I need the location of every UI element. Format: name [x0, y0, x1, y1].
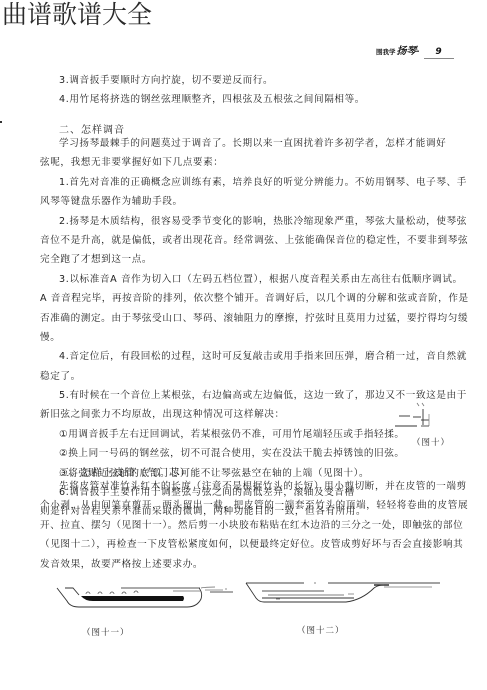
- paragraph-line: 5.有时候在一个音位上某根弦，右边偏高或左边偏低，这边一致了，那边又不一致这是由…: [40, 386, 454, 405]
- paragraph-line: 风琴等键盘乐器作为辅助手段。: [40, 192, 454, 211]
- margin-mark: [0, 121, 2, 123]
- series-name: 围我学: [376, 48, 396, 56]
- paragraph-line: 1.首先对音准的正确概念应训练有素，培养良好的听觉分辨能力。不妨用钢琴、电子琴、…: [40, 173, 454, 192]
- paragraph-line: 完全跑了才想到这一点。: [40, 250, 454, 269]
- paragraph-line: 学习扬琴最棘手的问题莫过于调音了。长期以来一直困扰着许多初学者，怎样才能调好: [40, 134, 454, 153]
- paragraph-line: 3.以标准音A 音作为切入口（左码五档位置），根据八度音程关系由左高往右低顺序调…: [40, 270, 454, 289]
- running-head: 围我学扬琴·9: [376, 42, 454, 59]
- intro-item: 3.调音扳手要顺时方向拧旋，切不要逆反而行。: [40, 71, 454, 90]
- book-title: 扬琴: [397, 46, 417, 57]
- paragraph-line: 新旧弦之间张力不均原故，出现这种情况可这样解决：: [40, 405, 454, 424]
- section-tube-body: 先将皮管对准竹头红木的长度（注意不是根据竹头的长短）用小剪切断，并在皮管的一端剪…: [40, 477, 454, 574]
- paragraph-line: 否准确的测定。由于琴弦受山口、琴码、滚轴阻力的摩擦，拧弦时且莫用力过猛，要拧得均…: [40, 309, 454, 328]
- figure-12-caption: （图十二）: [297, 624, 345, 636]
- figure-10-diagram: [395, 400, 445, 435]
- paragraph-line: 开、拉直、摆匀（见图十一）。然后剪一小块胶布粘贴在红木边沿的三分之一处，即触弦的…: [40, 516, 454, 535]
- figure-12-diagram: [244, 580, 442, 610]
- figure-11-caption: （图十一）: [82, 626, 130, 638]
- paragraph-line: （见图十二），再检查一下皮管松紧度如何，以便最终定好位。皮管成剪好坏与否会直接影…: [40, 535, 454, 554]
- paragraph-line: 个小剥，从中间笔直剪开，两头留出一截，把皮管的一端套至竹头的顶端，轻轻将卷曲的皮…: [40, 496, 454, 515]
- intro-items: 3.调音扳手要顺时方向拧旋，切不要逆反而行。 4.用竹尾将挤选的钢丝弦理顺整齐，…: [40, 71, 454, 110]
- site-title: 曲谱歌谱大全: [2, 0, 152, 30]
- paragraph-line: 2.扬琴是木质结构，很容易受季节变化的影响，热胀冷缩现象严重，琴弦大量松动，使琴…: [40, 212, 454, 231]
- figure-10-caption: （图十）: [412, 436, 450, 448]
- paragraph-line: 先将皮管对准竹头红木的长度（注意不是根据竹头的长短）用小剪切断，并在皮管的一端剪: [40, 477, 454, 496]
- figure-11-diagram: [55, 585, 235, 615]
- paragraph-line: 发音效果，故要严格按上述要求办。: [40, 555, 454, 574]
- solution-line: ①用调音扳手左右迂回调试，若某根弦仍不准，可用竹尾端轻压或手指轻揉。: [40, 425, 454, 444]
- paragraph-line: 稳定了。: [40, 367, 454, 386]
- paragraph-line: 弦呢，我想无非要掌握好如下几点要素：: [40, 153, 454, 172]
- separator: ·: [417, 47, 420, 56]
- paragraph-line: 慢。: [40, 328, 454, 347]
- paragraph-line: 音位不是升高，就是偏低，或者出现花音。经常调弦、上弦能确保音位的稳定性，不要非到…: [40, 231, 454, 250]
- intro-item: 4.用竹尾将挤选的钢丝弦理顺整齐，四根弦及五根弦之间间隔相等。: [40, 90, 454, 109]
- paragraph-line: A 音音程完毕，再按音阶的排列，依次整个铺开。音调好后，以几个调的分解和弦或音阶…: [40, 289, 454, 308]
- page-number: 9: [424, 47, 454, 59]
- paragraph-line: 4.音定位后，有段回松的过程，这时可反复敲击或用手指来回压弹，磨合稍一过，音自然…: [40, 347, 454, 366]
- solution-line: ②换上同一号码的钢丝弦，切不可混合使用，实在没法干脆去掉锈蚀的旧弦。: [40, 444, 454, 463]
